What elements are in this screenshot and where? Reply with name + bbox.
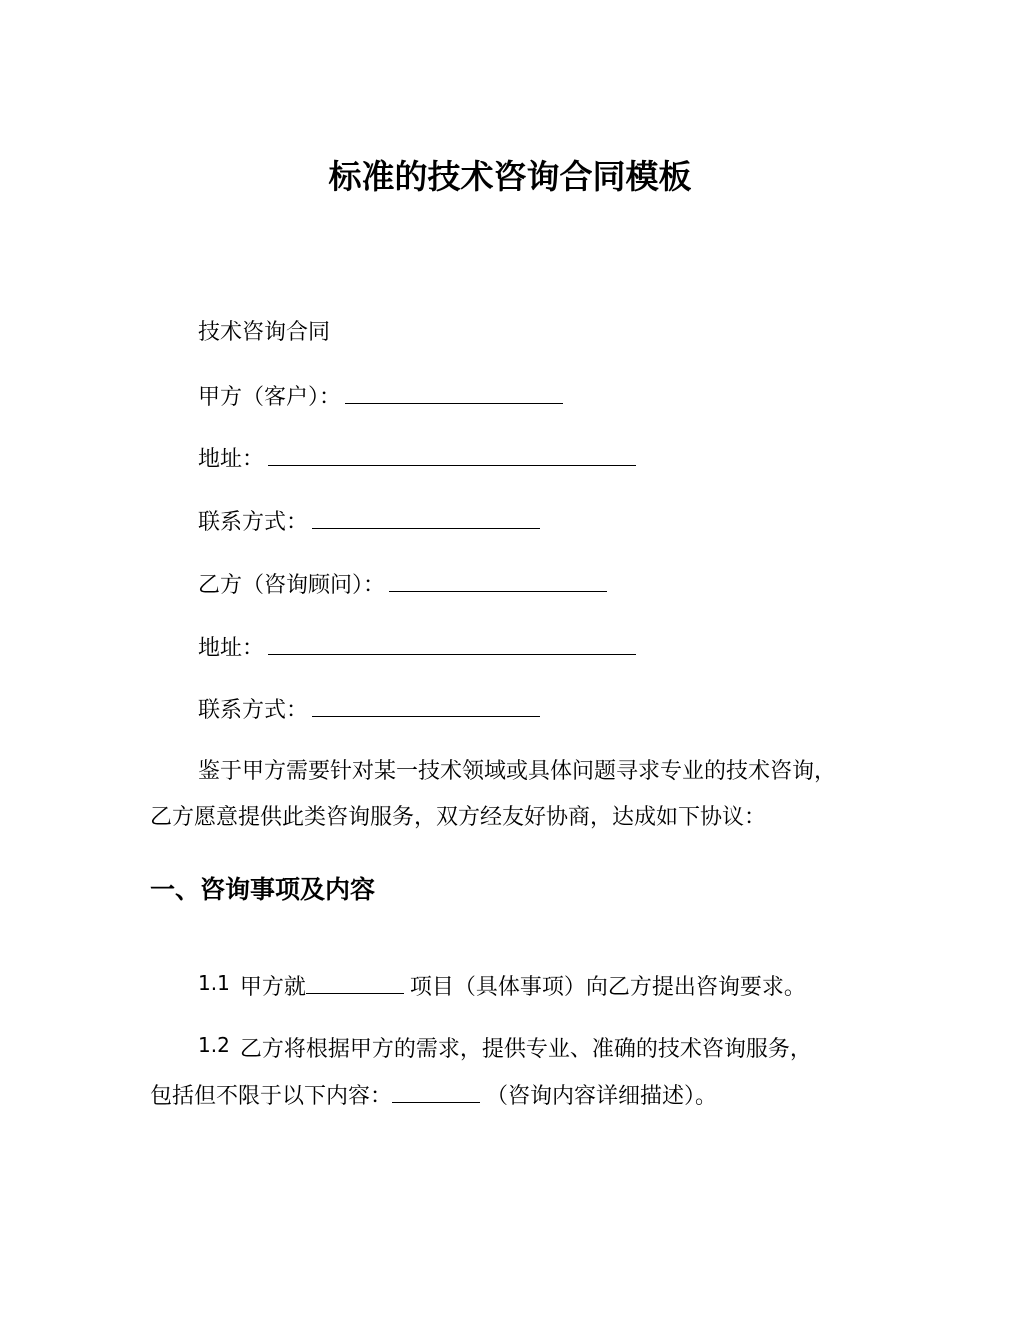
clause-number: 1.1	[198, 971, 230, 995]
party-b-address-row: 地址：	[198, 632, 636, 664]
party-a-address-label: 地址：	[198, 447, 264, 472]
project-blank	[306, 971, 404, 994]
consult-content-blank	[392, 1080, 480, 1103]
party-b-contact-blank	[312, 694, 540, 717]
party-a-contact-label: 联系方式：	[198, 510, 308, 535]
party-a-name-blank	[345, 381, 563, 404]
party-a-address-blank	[268, 443, 636, 466]
section-1-heading: 一、咨询事项及内容	[150, 872, 375, 908]
party-b-contact-label: 联系方式：	[198, 698, 308, 723]
clause-text-after: 项目（具体事项）向乙方提出咨询要求。	[410, 975, 806, 1000]
clause-text-after: （咨询内容详细描述）。	[486, 1084, 717, 1109]
party-a-address-row: 地址：	[198, 443, 636, 475]
party-b-address-blank	[268, 632, 636, 655]
clause-number: 1.2	[198, 1033, 230, 1057]
clause-1-2-line-2: 包括但不限于以下内容：（咨询内容详细描述）。	[150, 1080, 717, 1112]
preamble-line-1: 鉴于甲方需要针对某一技术领域或具体问题寻求专业的技术咨询，	[198, 757, 836, 787]
contract-subtitle: 技术咨询合同	[198, 318, 330, 348]
party-a-contact-blank	[312, 506, 540, 529]
party-a-label: 甲方（客户）：	[198, 385, 341, 410]
party-b-address-label: 地址：	[198, 636, 264, 661]
party-a-row: 甲方（客户）：	[198, 381, 563, 413]
party-b-name-blank	[389, 569, 607, 592]
document-title: 标准的技术咨询合同模板	[0, 154, 1020, 200]
party-a-contact-row: 联系方式：	[198, 506, 540, 538]
clause-text: 乙方将根据甲方的需求，提供专业、准确的技术咨询服务，	[240, 1037, 812, 1062]
document-page: 标准的技术咨询合同模板 技术咨询合同 甲方（客户）： 地址： 联系方式： 乙方（…	[0, 0, 1020, 1320]
clause-1-1: 1.1甲方就项目（具体事项）向乙方提出咨询要求。	[198, 971, 806, 1003]
party-b-contact-row: 联系方式：	[198, 694, 540, 726]
party-b-row: 乙方（咨询顾问）：	[198, 569, 607, 601]
clause-text-before: 包括但不限于以下内容：	[150, 1084, 392, 1109]
clause-text-before: 甲方就	[240, 975, 306, 1000]
preamble-line-2: 乙方愿意提供此类咨询服务，双方经友好协商，达成如下协议：	[150, 803, 766, 833]
clause-1-2-line-1: 1.2乙方将根据甲方的需求，提供专业、准确的技术咨询服务，	[198, 1034, 812, 1065]
party-b-label: 乙方（咨询顾问）：	[198, 573, 385, 598]
